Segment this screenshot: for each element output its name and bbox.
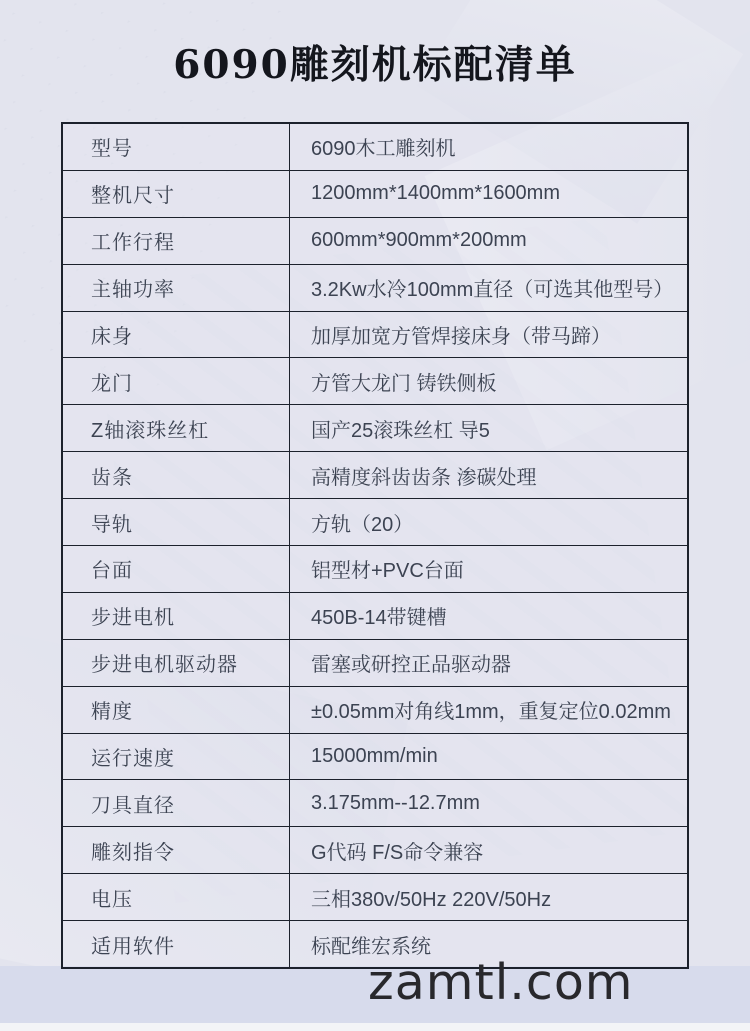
spec-value: 450B-14带键槽 — [290, 593, 687, 639]
table-row: 精度 ±0.05mm对角线1mm，重复定位0.02mm — [63, 686, 687, 733]
spec-value: 雷塞或研控正品驱动器 — [290, 640, 687, 686]
table-row: 导轨 方轨（20） — [63, 498, 687, 545]
spec-label: 适用软件 — [63, 921, 290, 967]
table-row: 床身 加厚加宽方管焊接床身（带马蹄） — [63, 311, 687, 358]
table-row: 刀具直径 3.175mm--12.7mm — [63, 779, 687, 826]
table-row: 电压 三相380v/50Hz 220V/50Hz — [63, 873, 687, 920]
table-row: 齿条 高精度斜齿齿条 渗碳处理 — [63, 451, 687, 498]
spec-value: 铝型材+PVC台面 — [290, 546, 687, 592]
spec-value: 1200mm*1400mm*1600mm — [290, 171, 687, 217]
table-row: 工作行程 600mm*900mm*200mm — [63, 217, 687, 264]
table-row: 台面 铝型材+PVC台面 — [63, 545, 687, 592]
spec-label: 台面 — [63, 546, 290, 592]
spec-label: 刀具直径 — [63, 780, 290, 826]
table-row: 运行速度 15000mm/min — [63, 733, 687, 780]
spec-value: 600mm*900mm*200mm — [290, 218, 687, 264]
spec-label: 主轴功率 — [63, 265, 290, 311]
spec-value: 国产25滚珠丝杠 导5 — [290, 405, 687, 451]
spec-label: 龙门 — [63, 358, 290, 404]
spec-label: 型号 — [63, 124, 290, 170]
spec-label: 运行速度 — [63, 734, 290, 780]
table-row: Z轴滚珠丝杠 国产25滚珠丝杠 导5 — [63, 404, 687, 451]
spec-label: 工作行程 — [63, 218, 290, 264]
spec-label: 雕刻指令 — [63, 827, 290, 873]
spec-value: ±0.05mm对角线1mm，重复定位0.02mm — [290, 687, 687, 733]
spec-value: 高精度斜齿齿条 渗碳处理 — [290, 452, 687, 498]
spec-value: 3.2Kw水冷100mm直径（可选其他型号） — [290, 265, 687, 311]
bottom-strip — [0, 1023, 750, 1031]
spec-value: 6090木工雕刻机 — [290, 124, 687, 170]
table-row: 步进电机驱动器 雷塞或研控正品驱动器 — [63, 639, 687, 686]
spec-label: 齿条 — [63, 452, 290, 498]
spec-table: 型号 6090木工雕刻机 整机尺寸 1200mm*1400mm*1600mm 工… — [61, 122, 689, 969]
table-row: 型号 6090木工雕刻机 — [63, 124, 687, 170]
table-row: 主轴功率 3.2Kw水冷100mm直径（可选其他型号） — [63, 264, 687, 311]
table-row: 龙门 方管大龙门 铸铁侧板 — [63, 357, 687, 404]
table-row: 雕刻指令 G代码 F/S命令兼容 — [63, 826, 687, 873]
spec-label: 步进电机驱动器 — [63, 640, 290, 686]
spec-label: 整机尺寸 — [63, 171, 290, 217]
spec-value: 15000mm/min — [290, 734, 687, 780]
spec-value: 加厚加宽方管焊接床身（带马蹄） — [290, 312, 687, 358]
spec-label: 精度 — [63, 687, 290, 733]
spec-value: 三相380v/50Hz 220V/50Hz — [290, 874, 687, 920]
spec-value: G代码 F/S命令兼容 — [290, 827, 687, 873]
table-row: 整机尺寸 1200mm*1400mm*1600mm — [63, 170, 687, 217]
watermark-text: zamtl.com — [368, 954, 634, 1011]
spec-label: 导轨 — [63, 499, 290, 545]
spec-label: 电压 — [63, 874, 290, 920]
spec-label: 床身 — [63, 312, 290, 358]
spec-value: 3.175mm--12.7mm — [290, 780, 687, 826]
page-title: 6090雕刻机标配清单 — [0, 34, 750, 90]
spec-value: 方轨（20） — [290, 499, 687, 545]
spec-label: Z轴滚珠丝杠 — [63, 405, 290, 451]
table-row: 步进电机 450B-14带键槽 — [63, 592, 687, 639]
spec-label: 步进电机 — [63, 593, 290, 639]
spec-value: 方管大龙门 铸铁侧板 — [290, 358, 687, 404]
